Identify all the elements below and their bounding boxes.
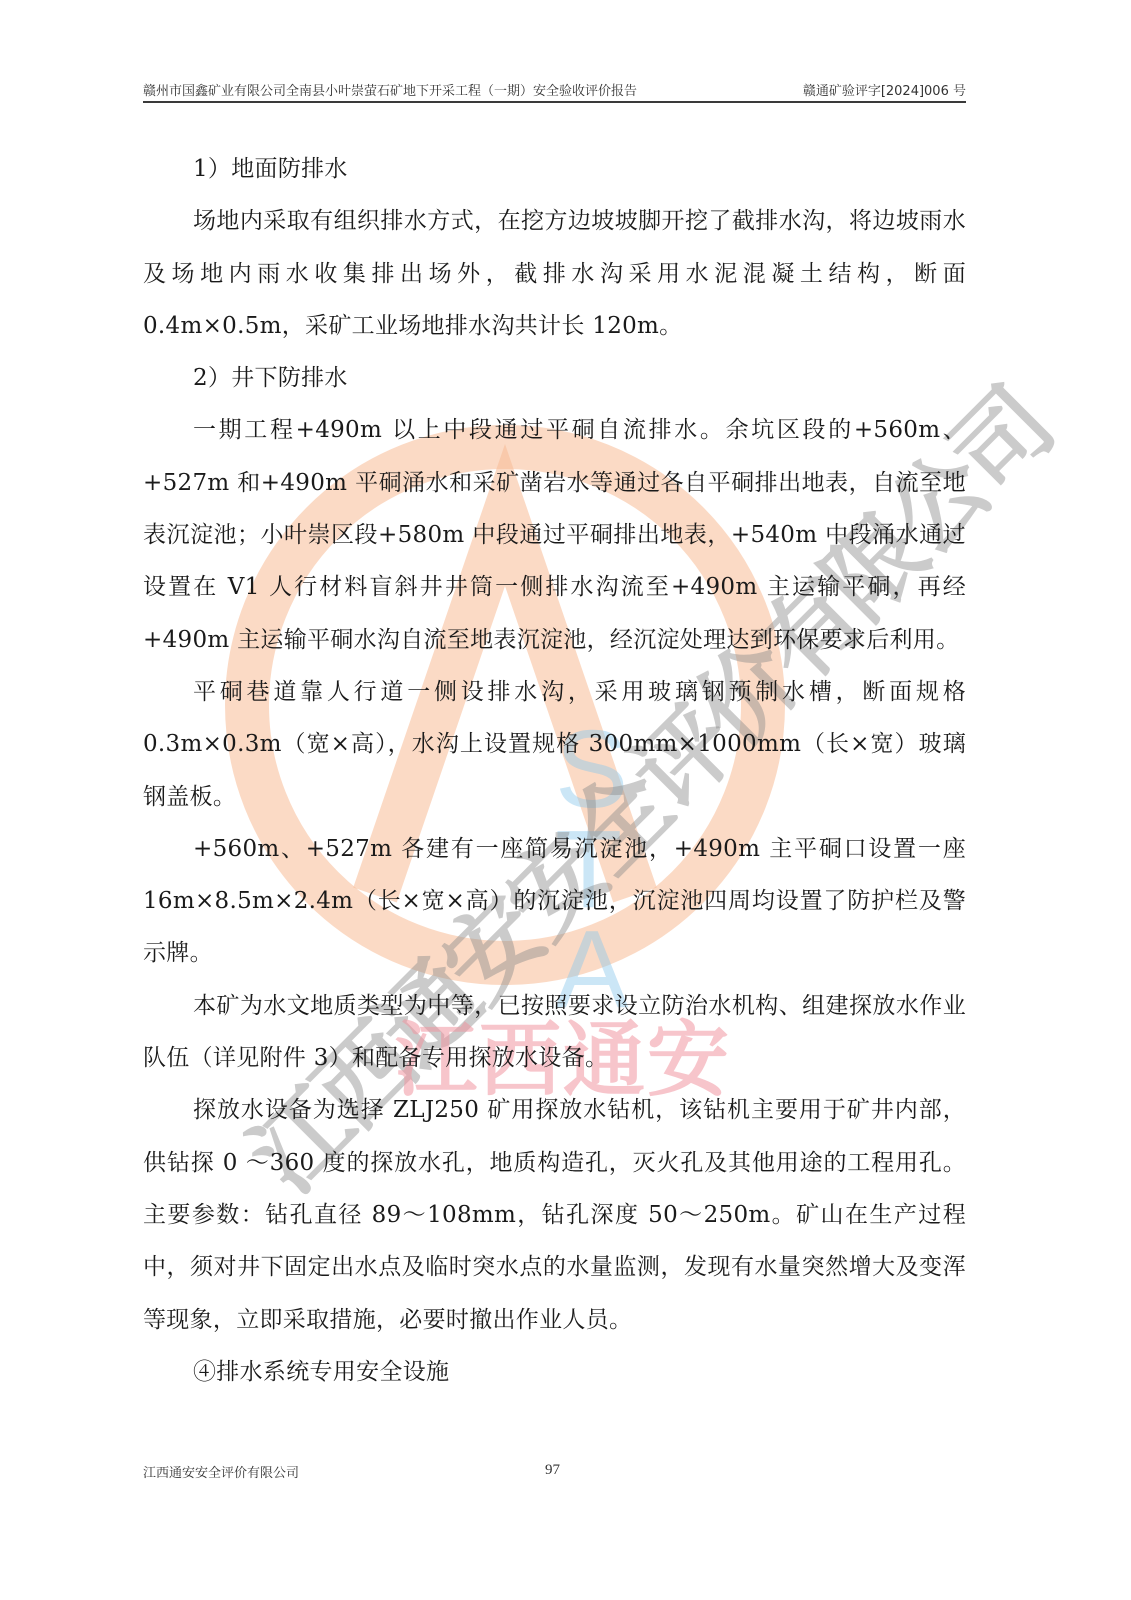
- page-number: 97: [545, 1462, 560, 1479]
- footer-company-name: 江西通安安全评价有限公司: [143, 1462, 299, 1481]
- subheading-surface-drainage: 1）地面防排水: [143, 143, 966, 195]
- paragraph-surface-drainage: 场地内采取有组织排水方式，在挖方边坡坡脚开挖了截排水沟，将边坡雨水及场地内雨水收…: [143, 195, 966, 352]
- page-header: 赣州市国鑫矿业有限公司全南县小叶崇萤石矿地下开采工程（一期）安全验收评价报告 赣…: [143, 77, 966, 101]
- paragraph-hydrogeology: 本矿为水文地质类型为中等，已按照要求设立防治水机构、组建探放水作业队伍（详见附件…: [143, 980, 966, 1085]
- subheading-drainage-safety-facilities: ④排水系统专用安全设施: [143, 1346, 966, 1398]
- header-divider: [143, 101, 966, 103]
- page-footer: 江西通安安全评价有限公司 97: [143, 1462, 966, 1482]
- paragraph-ditch-spec: 平硐巷道靠人行道一侧设排水沟，采用玻璃钢预制水槽，断面规格0.3m×0.3m（宽…: [143, 666, 966, 823]
- paragraph-drilling-equipment: 探放水设备为选择 ZLJ250 矿用探放水钻机，该钻机主要用于矿井内部，供钻探 …: [143, 1084, 966, 1345]
- header-report-title: 赣州市国鑫矿业有限公司全南县小叶崇萤石矿地下开采工程（一期）安全验收评价报告: [143, 80, 637, 99]
- paragraph-phase-one-drainage: 一期工程+490m 以上中段通过平硐自流排水。余坑区段的+560m、+527m …: [143, 404, 966, 665]
- paragraph-settling-ponds: +560m、+527m 各建有一座简易沉淀池，+490m 主平硐口设置一座16m…: [143, 823, 966, 980]
- document-body: 1）地面防排水 场地内采取有组织排水方式，在挖方边坡坡脚开挖了截排水沟，将边坡雨…: [143, 143, 966, 1398]
- subheading-underground-drainage: 2）井下防排水: [143, 352, 966, 404]
- header-reference-number: 赣通矿验评字[2024]006 号: [803, 80, 966, 99]
